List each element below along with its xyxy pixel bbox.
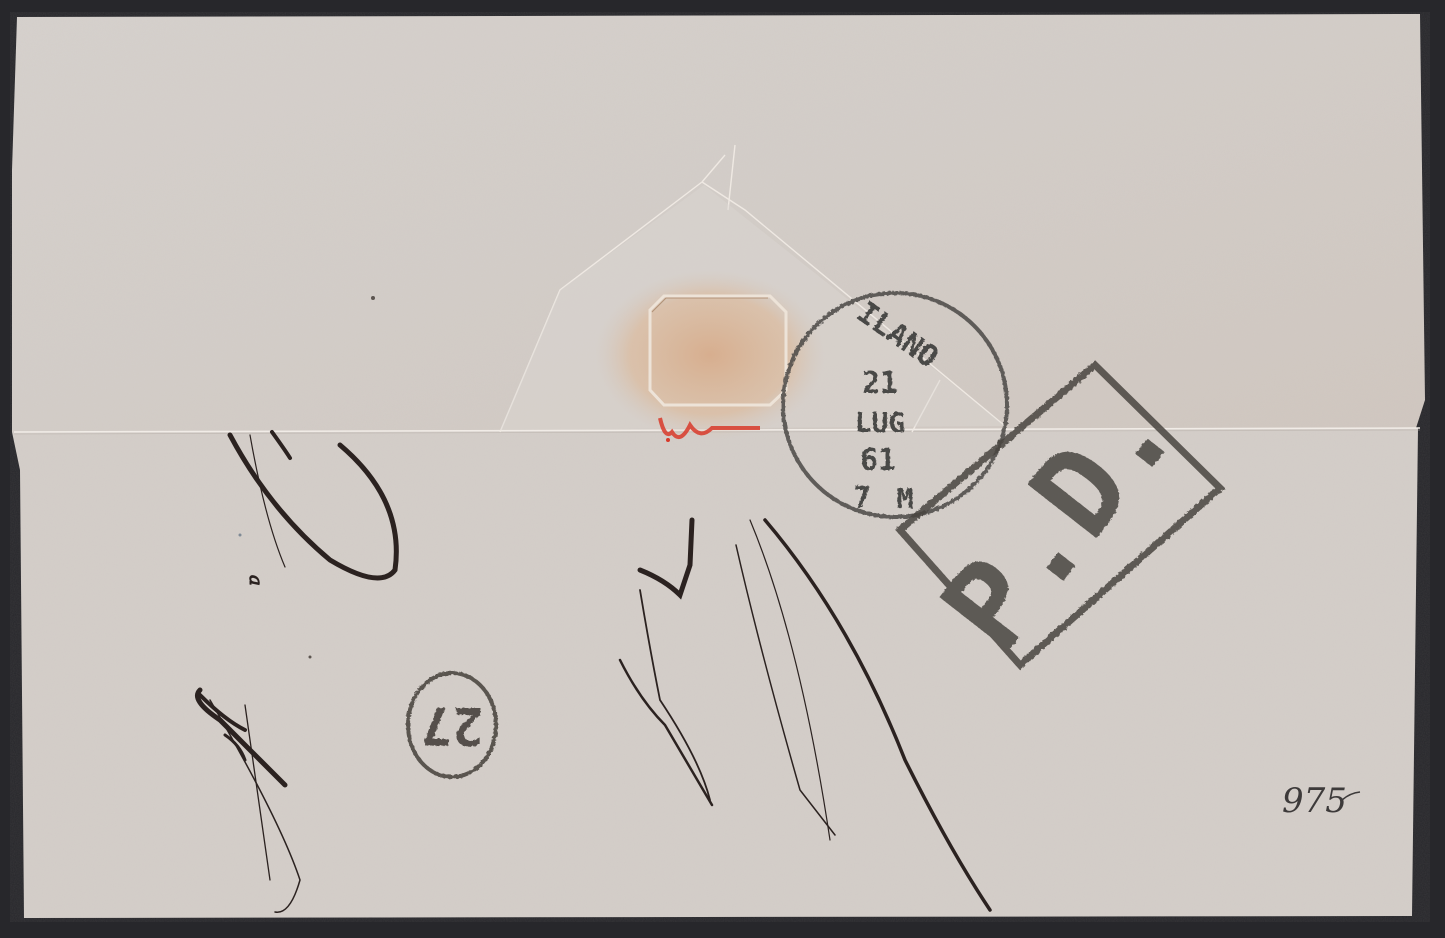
postmark-year: 61 bbox=[860, 443, 896, 478]
letter-photo: ILANO 21 LUG 61 7 M P.D. 27 a 975 bbox=[0, 0, 1445, 938]
pencil-note: 975 bbox=[1282, 781, 1347, 821]
handwriting-fragment-a: a bbox=[245, 575, 266, 586]
circle-27-text: 27 bbox=[421, 695, 484, 755]
postmark-day: 21 bbox=[862, 366, 898, 401]
postmark-period: M bbox=[897, 482, 914, 515]
postmark-hour: 7 bbox=[853, 481, 871, 516]
postmark-month: LUG bbox=[855, 406, 906, 439]
